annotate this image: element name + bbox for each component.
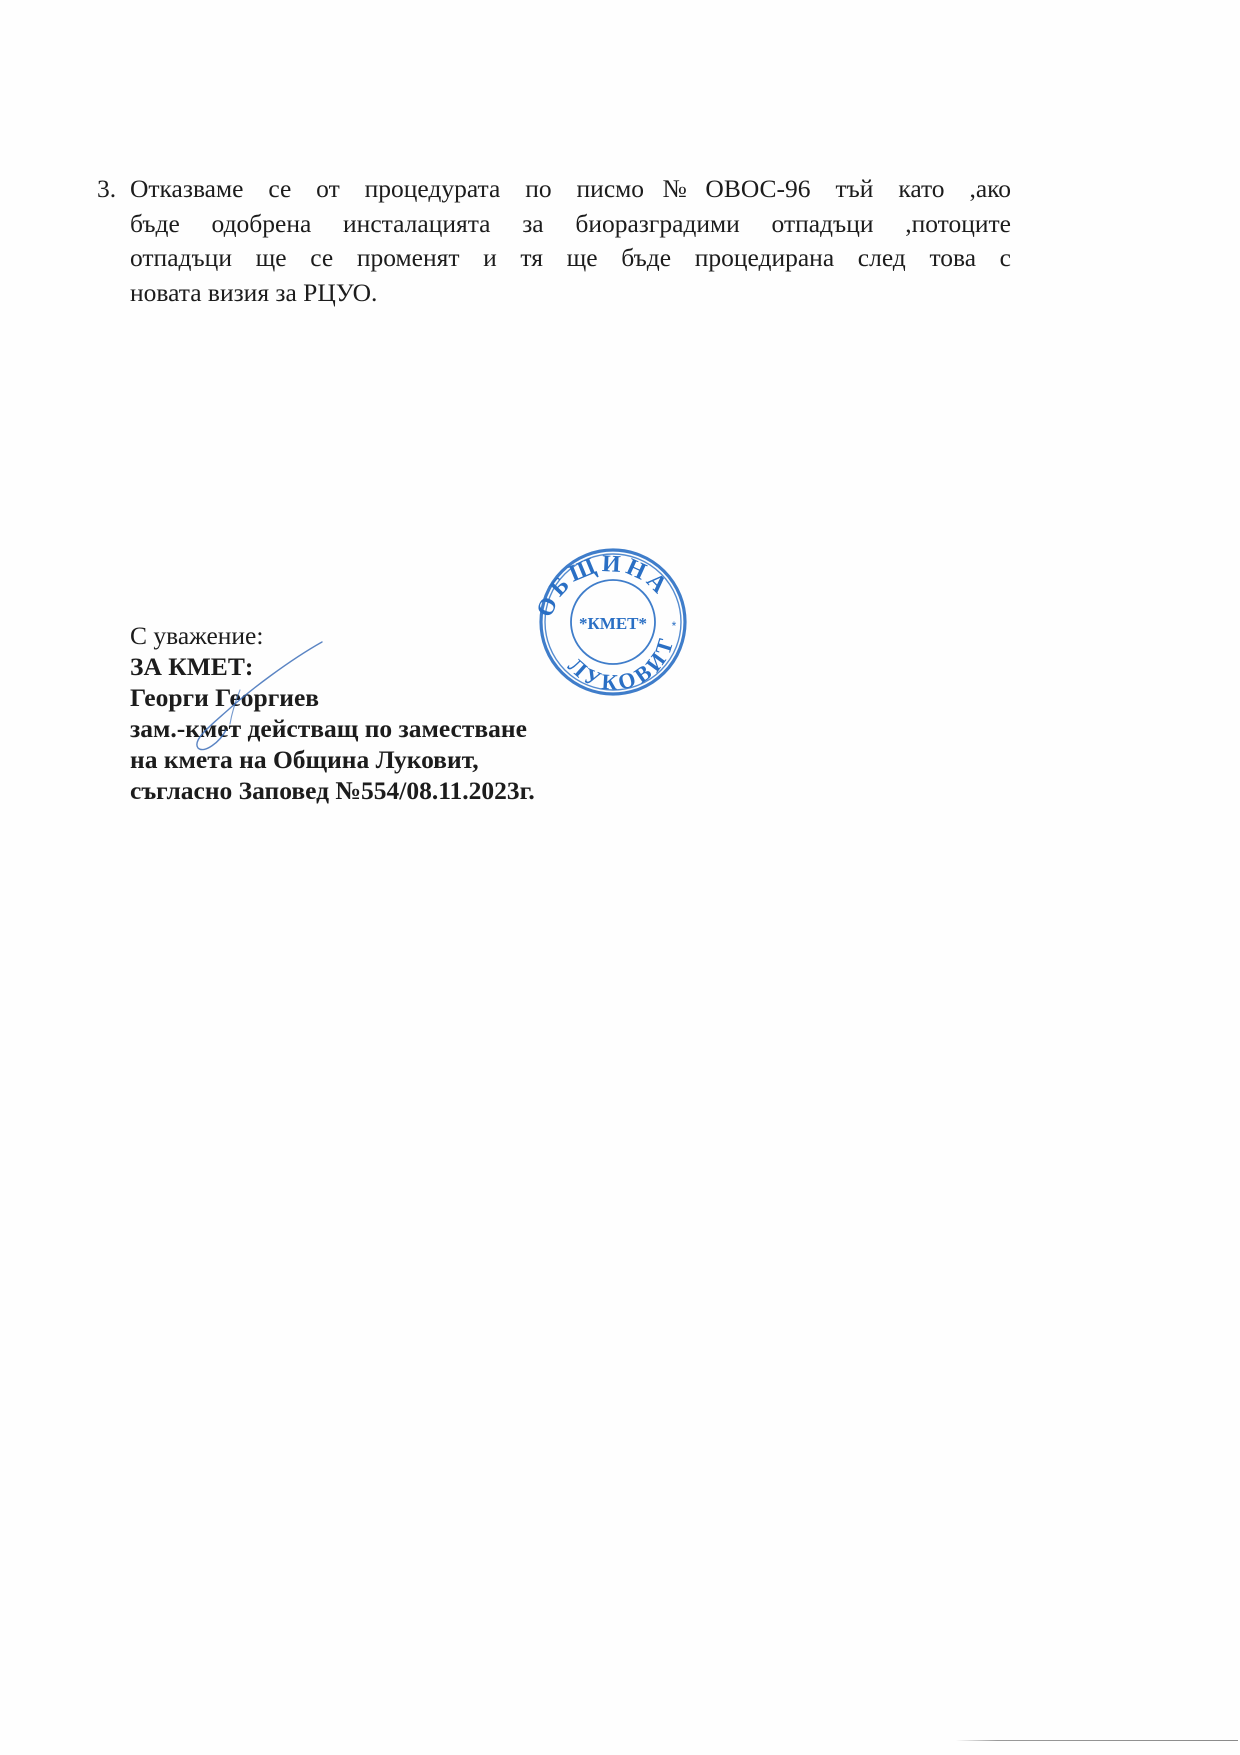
paragraph-line: Отказваме се от процедурата по писмо№ОВО… — [130, 172, 1011, 207]
paragraph-line: новата визия за РЦУО. — [130, 276, 1011, 311]
official-stamp-icon: ОБЩИНА ЛУКОВИТ *КМЕТ* * — [528, 540, 688, 700]
signature-block: С уважение: ЗА КМЕТ: Георги Георгиев зам… — [130, 620, 535, 806]
for-mayor-label: ЗА КМЕТ: — [130, 651, 535, 682]
signatory-name: Георги Георгиев — [130, 682, 535, 713]
closing-regards: С уважение: — [130, 620, 535, 651]
numbered-paragraph: 3. Отказваме се от процедурата по писмо№… — [97, 172, 1011, 310]
paragraph-line: отпадъци ще се променят и тя ще бъде про… — [130, 241, 1011, 276]
paragraph-line: бъде одобрена инсталацията за биоразград… — [130, 207, 1011, 242]
svg-text:*: * — [672, 619, 677, 633]
signatory-position-line1: зам.-кмет действащ по заместване — [130, 713, 535, 744]
paragraph-text: Отказваме се от процедурата по писмо№ОВО… — [130, 172, 1011, 310]
item-number: 3. — [97, 172, 116, 207]
svg-text:*КМЕТ*: *КМЕТ* — [579, 614, 647, 633]
signatory-position-line2: на кмета на Община Луковит, — [130, 744, 535, 775]
scan-edge-line — [955, 1740, 1238, 1741]
document-page: 3. Отказваме се от процедурата по писмо№… — [0, 0, 1240, 1755]
order-reference: съгласно Заповед №554/08.11.2023г. — [130, 775, 535, 806]
